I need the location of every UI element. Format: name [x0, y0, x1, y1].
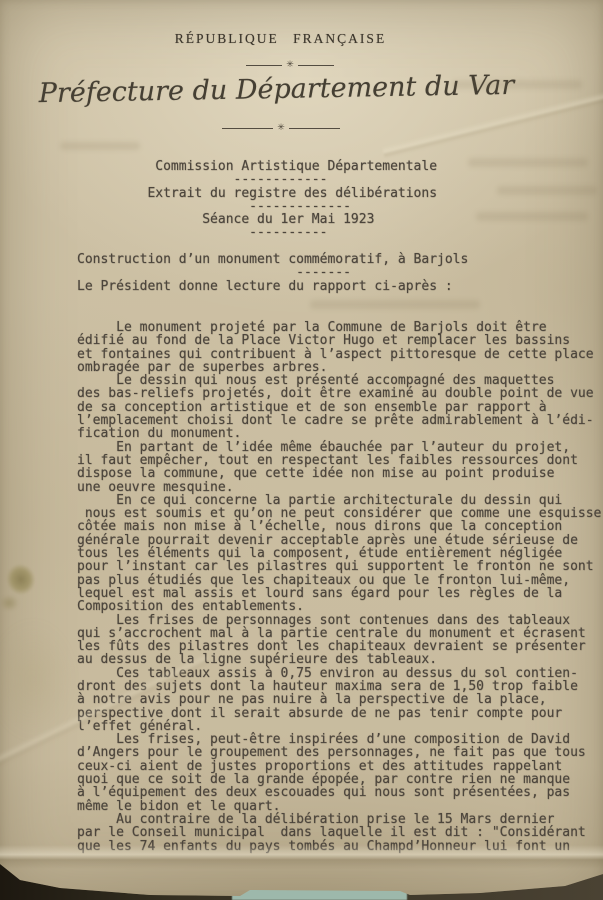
asterisk-ornament-icon: ✳: [277, 124, 285, 133]
typed-paragraph: Au contraire de la délibération prise le…: [77, 813, 603, 853]
typed-paragraph: Les frises, peut-être inspirées d’une co…: [77, 733, 603, 813]
typed-paragraph: Le monument projeté par la Commune de Ba…: [77, 321, 603, 374]
ornamental-divider-bottom: ✳: [222, 124, 340, 133]
rule-line: [289, 128, 340, 130]
ink-stain-small: [0, 592, 22, 614]
typed-content: Commission Artistique Départementale ---…: [77, 160, 603, 853]
prefecture-script-title: Préfecture du Département du Var: [0, 69, 578, 111]
ornamental-divider-top: ✳: [246, 61, 334, 70]
document-page: RÉPUBLIQUE FRANÇAISE ✳ Préfecture du Dép…: [0, 0, 603, 900]
rule-line: [222, 128, 273, 130]
report-body: Le monument projeté par la Commune de Ba…: [77, 321, 603, 853]
rule-line: [298, 65, 334, 67]
typed-paragraph: Les frises de personnages sont contenues…: [77, 614, 603, 667]
deliberation-header: Commission Artistique Départementale ---…: [77, 160, 603, 293]
typed-paragraph: Le dessin qui nous est présenté accompag…: [77, 374, 603, 440]
show-through-smudge: [60, 142, 140, 150]
photo-backdrop: RÉPUBLIQUE FRANÇAISE ✳ Préfecture du Dép…: [0, 0, 603, 900]
ink-stain: [0, 556, 48, 613]
rule-line: [246, 65, 282, 67]
typed-paragraph: En partant de l’idée même ébauchée par l…: [77, 441, 603, 494]
typed-paragraph: Ces tableaux assis à 0,75 environ au des…: [77, 667, 603, 733]
asterisk-ornament-icon: ✳: [286, 61, 294, 70]
typed-paragraph: En ce qui concerne la partie architectur…: [77, 494, 603, 614]
faint-stain: [0, 600, 88, 760]
republic-heading: RÉPUBLIQUE FRANÇAISE: [0, 31, 582, 47]
